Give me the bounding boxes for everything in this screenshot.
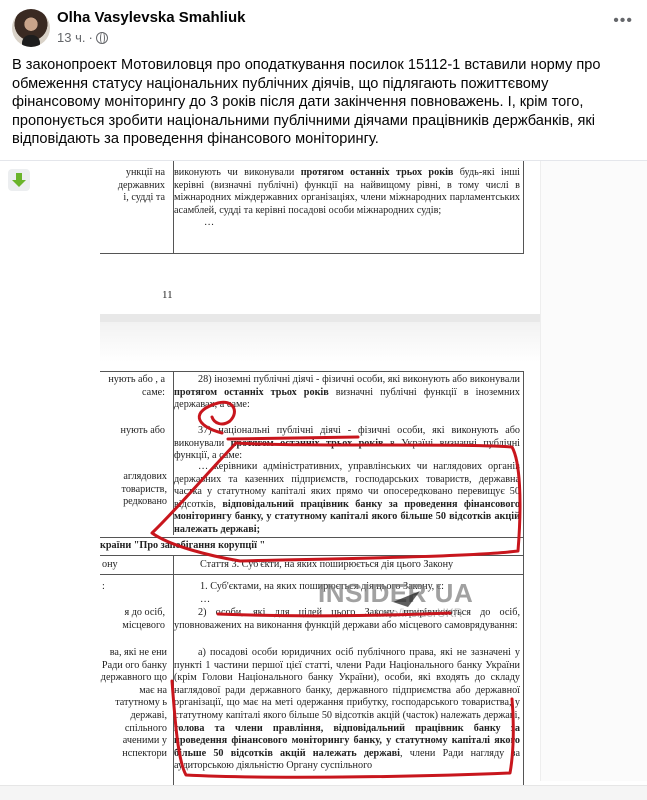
post-time[interactable]: 13 ч. [57, 30, 85, 45]
left-cell: аглядових товариств, редковано [100, 471, 172, 509]
row-37: 37) національні публічні діячі - фізичні… [174, 425, 520, 463]
table-top-line [100, 371, 524, 372]
row-line [100, 537, 524, 538]
image-bottom-edge [0, 785, 647, 800]
watermark-title: INSIDER UA [318, 578, 473, 609]
watermark-handle: t.me/insiderUKR [375, 606, 462, 620]
post-meta: 13 ч. · [57, 30, 108, 45]
globe-icon [96, 32, 108, 44]
doc-ellipsis: … [174, 217, 520, 230]
post-header: Olha Vasylevska Smahliuk 13 ч. · ••• [0, 0, 647, 50]
download-arrow-icon[interactable] [8, 169, 30, 191]
para-2: 2) особи, які для цілей цього Закону при… [174, 607, 520, 632]
left-line: ункції на [100, 167, 165, 180]
table-bottom-line [100, 253, 524, 254]
left-cell: нують або , а саме: [100, 374, 170, 399]
page-number: 11 [162, 289, 173, 302]
table-edge [523, 161, 524, 253]
left-line: державних [100, 180, 165, 193]
avatar[interactable] [12, 9, 50, 47]
doc-text: виконують чи виконували [174, 167, 301, 178]
article-title: Стаття 3. Суб'єкти, на яких поширюється … [174, 559, 520, 572]
law-title: країни "Про запобігання корупції " [100, 540, 265, 553]
doc-page-1: ункції на державних і, судді та виконуют… [100, 161, 540, 261]
doc-bold-text: протягом останніх трьох років [301, 167, 454, 178]
para-3: а) посадові особи юридичних осіб публічн… [174, 647, 520, 773]
row-28: 28) іноземні публічні діячі - фізичні ос… [174, 374, 520, 412]
page-gap [100, 322, 540, 362]
more-options-icon[interactable]: ••• [613, 12, 633, 30]
author-name[interactable]: Olha Vasylevska Smahliuk [57, 9, 245, 26]
doc-bold-text: відповідальний працівник банку за провед… [174, 499, 520, 535]
left-cell: ва, які не ени Ради ого банку державного… [100, 647, 172, 760]
row-line [100, 574, 524, 575]
doc-bold-text: протягом останніх трьох років [174, 387, 329, 398]
page-separator [100, 314, 540, 322]
page1-left-column: ункції на державних і, судді та [100, 167, 170, 205]
left-cell: : [100, 581, 170, 594]
meta-separator: · [88, 30, 92, 45]
left-cell: ону [100, 559, 170, 572]
doc-text: а) посадові особи юридичних осіб публічн… [174, 647, 520, 721]
row-managers: … керівники адміністративних, управлінсь… [174, 461, 520, 537]
row-line [100, 555, 524, 556]
post-text: В законопроект Мотовиловця про оподаткув… [12, 56, 637, 149]
left-cell: я до осіб, місцевого [100, 607, 170, 632]
left-line: і, судді та [100, 192, 165, 205]
post-image[interactable]: ункції на державних і, судді та виконуют… [0, 160, 647, 800]
doc-bold-text: протягом останніх трьох років [231, 438, 384, 449]
doc-text: 28) іноземні публічні діячі - фізичні ос… [198, 374, 520, 385]
left-cell: нують або [100, 425, 170, 438]
image-right-margin [540, 161, 647, 781]
page1-right-column: виконують чи виконували протягом останні… [174, 167, 520, 230]
table-edge [523, 371, 524, 785]
document-screenshot: ункції на державних і, судді та виконуют… [100, 161, 540, 800]
